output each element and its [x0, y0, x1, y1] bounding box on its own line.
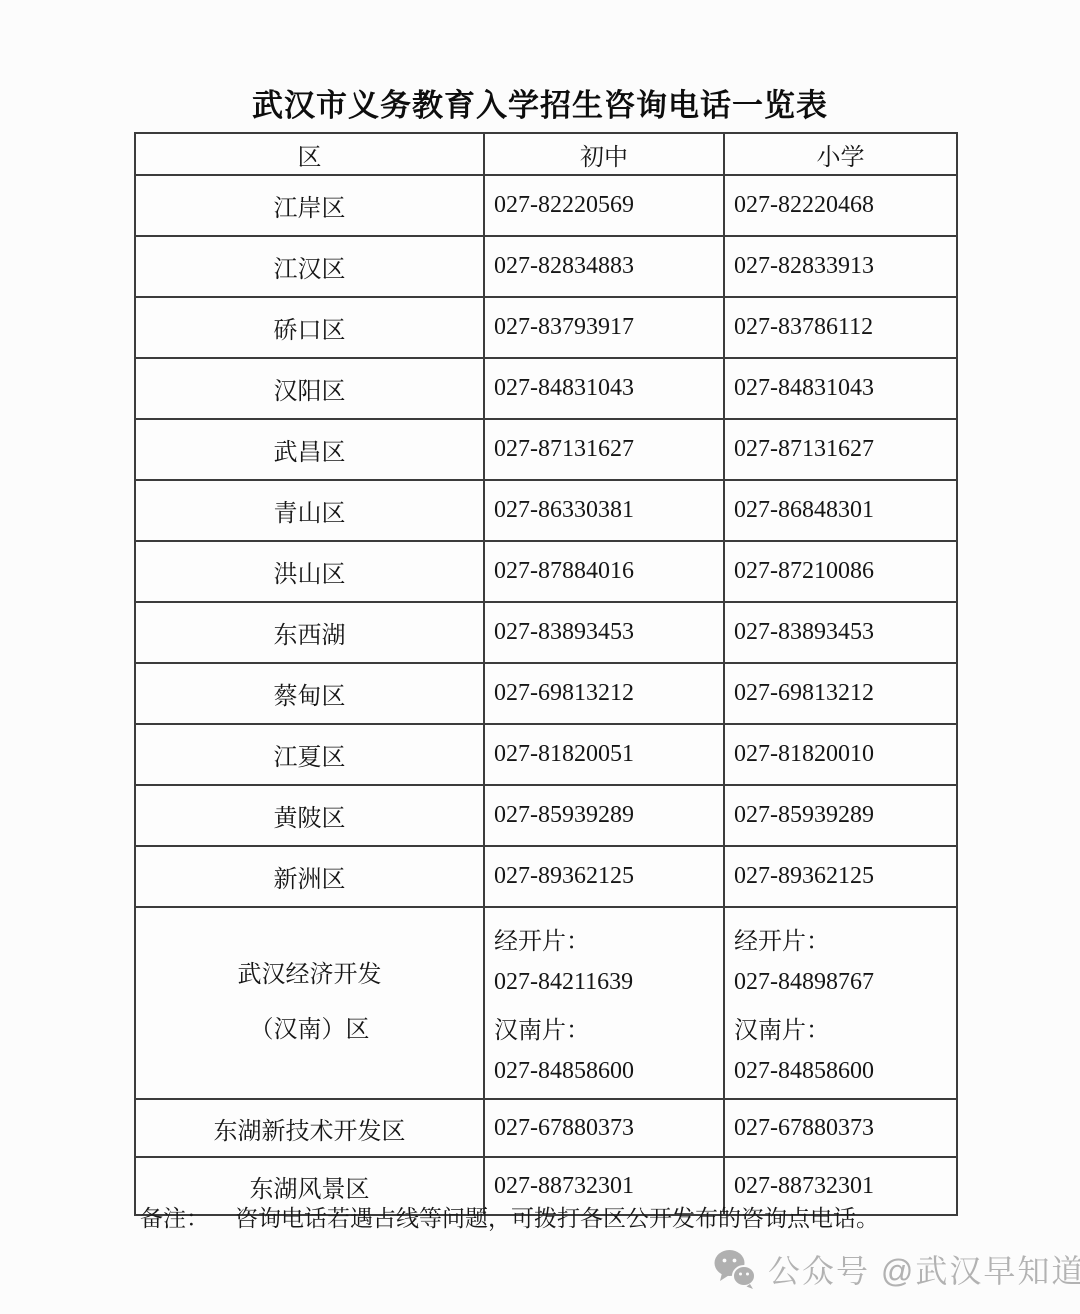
- primary-school-phone-cell: 027-81820010: [724, 724, 957, 785]
- table-row: 新洲区027-89362125027-89362125: [135, 846, 957, 907]
- middle-school-phone-cell: 027-85939289: [484, 785, 724, 846]
- middle-school-phone-cell: 027-83793917: [484, 297, 724, 358]
- district-cell: 东西湖: [135, 602, 484, 663]
- primary-school-phone-cell: 027-83786112: [724, 297, 957, 358]
- phone-line: 027-84898767: [734, 969, 956, 996]
- middle-school-phone-cell: 027-89362125: [484, 846, 724, 907]
- table-row: 江汉区027-82834883027-82833913: [135, 236, 957, 297]
- district-cell: 黄陂区: [135, 785, 484, 846]
- district-rows: 江岸区027-82220569027-82220468江汉区027-828348…: [135, 175, 957, 907]
- table-header-row: 区 初中 小学: [135, 133, 957, 175]
- primary-school-phone-cell: 027-82833913: [724, 236, 957, 297]
- phone-line: 经开片：: [734, 921, 956, 956]
- primary-school-phone-cell: 027-86848301: [724, 480, 957, 541]
- middle-school-phone-cell: 027-86330381: [484, 480, 724, 541]
- primary-school-phone-cell: 027-87210086: [724, 541, 957, 602]
- table-row: 汉阳区027-84831043027-84831043: [135, 358, 957, 419]
- table-row: 洪山区027-87884016027-87210086: [135, 541, 957, 602]
- phone-table: 区 初中 小学 江岸区027-82220569027-82220468江汉区02…: [134, 132, 958, 1216]
- special-row-group: 武汉经济开发 （汉南）区 经开片： 027-84211639 汉南片： 027-…: [135, 907, 957, 1099]
- middle-school-phone-cell: 027-67880373: [484, 1099, 724, 1157]
- district-cell: 蔡甸区: [135, 663, 484, 724]
- watermark: 公众号 @武汉早知道: [714, 1246, 1080, 1292]
- primary-school-phone-cell: 027-67880373: [724, 1099, 957, 1157]
- district-cell: 硚口区: [135, 297, 484, 358]
- middle-school-phone-cell: 027-81820051: [484, 724, 724, 785]
- wechat-icon: [714, 1249, 756, 1289]
- table-row: 东湖新技术开发区027-67880373027-67880373: [135, 1099, 957, 1157]
- district-cell: 新洲区: [135, 846, 484, 907]
- footnote: 备注：咨询电话若遇占线等问题，可拨打各区公开发布的咨询点电话。: [140, 1200, 879, 1233]
- phone-line: 汉南片：: [734, 1010, 956, 1045]
- table-row-special: 武汉经济开发 （汉南）区 经开片： 027-84211639 汉南片： 027-…: [135, 907, 957, 1099]
- district-name-line-2: （汉南）区: [136, 1003, 483, 1058]
- primary-school-phone-cell: 027-84831043: [724, 358, 957, 419]
- district-cell: 青山区: [135, 480, 484, 541]
- phone-line: 027-84858600: [734, 1058, 956, 1085]
- phone-line: 经开片：: [494, 921, 723, 956]
- table-row: 江岸区027-82220569027-82220468: [135, 175, 957, 236]
- district-cell: 洪山区: [135, 541, 484, 602]
- primary-school-phone-cell: 027-83893453: [724, 602, 957, 663]
- table-row: 黄陂区027-85939289027-85939289: [135, 785, 957, 846]
- primary-school-phone-cell: 经开片： 027-84898767 汉南片： 027-84858600: [724, 907, 957, 1099]
- table-row: 江夏区027-81820051027-81820010: [135, 724, 957, 785]
- district-cell: 江岸区: [135, 175, 484, 236]
- footnote-text: 咨询电话若遇占线等问题，可拨打各区公开发布的咨询点电话。: [235, 1206, 879, 1231]
- middle-school-phone-cell: 027-82220569: [484, 175, 724, 236]
- primary-school-phone-cell: 027-85939289: [724, 785, 957, 846]
- middle-school-phone-cell: 027-84831043: [484, 358, 724, 419]
- middle-school-phone-cell: 027-87131627: [484, 419, 724, 480]
- watermark-text: 公众号 @武汉早知道: [768, 1246, 1080, 1292]
- middle-school-phone-lines: 经开片： 027-84211639 汉南片： 027-84858600: [494, 908, 723, 1098]
- phone-line: 027-84858600: [494, 1058, 723, 1085]
- primary-school-phone-cell: 027-69813212: [724, 663, 957, 724]
- header-primary-school: 小学: [724, 133, 957, 175]
- district-cell: 汉阳区: [135, 358, 484, 419]
- table-row: 青山区027-86330381027-86848301: [135, 480, 957, 541]
- middle-school-phone-cell: 027-83893453: [484, 602, 724, 663]
- middle-school-phone-cell: 027-82834883: [484, 236, 724, 297]
- table-row: 武昌区027-87131627027-87131627: [135, 419, 957, 480]
- district-name-line-1: 武汉经济开发: [136, 948, 483, 1003]
- district-cell: 江夏区: [135, 724, 484, 785]
- footnote-label: 备注：: [140, 1206, 209, 1231]
- district-cell: 江汉区: [135, 236, 484, 297]
- phone-line: 汉南片：: [494, 1010, 723, 1045]
- primary-school-phone-cell: 027-87131627: [724, 419, 957, 480]
- middle-school-phone-cell: 027-69813212: [484, 663, 724, 724]
- primary-school-phone-lines: 经开片： 027-84898767 汉南片： 027-84858600: [734, 908, 956, 1098]
- table-row: 蔡甸区027-69813212027-69813212: [135, 663, 957, 724]
- header-district: 区: [135, 133, 484, 175]
- middle-school-phone-cell: 027-87884016: [484, 541, 724, 602]
- district-cell: 武昌区: [135, 419, 484, 480]
- middle-school-phone-cell: 经开片： 027-84211639 汉南片： 027-84858600: [484, 907, 724, 1099]
- phone-line: 027-84211639: [494, 969, 723, 996]
- tail-rows: 东湖新技术开发区027-67880373027-67880373东湖风景区027…: [135, 1099, 957, 1215]
- district-cell: 东湖新技术开发区: [135, 1099, 484, 1157]
- district-cell: 武汉经济开发 （汉南）区: [135, 907, 484, 1099]
- primary-school-phone-cell: 027-89362125: [724, 846, 957, 907]
- page-title: 武汉市义务教育入学招生咨询电话一览表: [0, 80, 1080, 125]
- table-row: 东西湖027-83893453027-83893453: [135, 602, 957, 663]
- header-middle-school: 初中: [484, 133, 724, 175]
- primary-school-phone-cell: 027-82220468: [724, 175, 957, 236]
- table-row: 硚口区027-83793917027-83786112: [135, 297, 957, 358]
